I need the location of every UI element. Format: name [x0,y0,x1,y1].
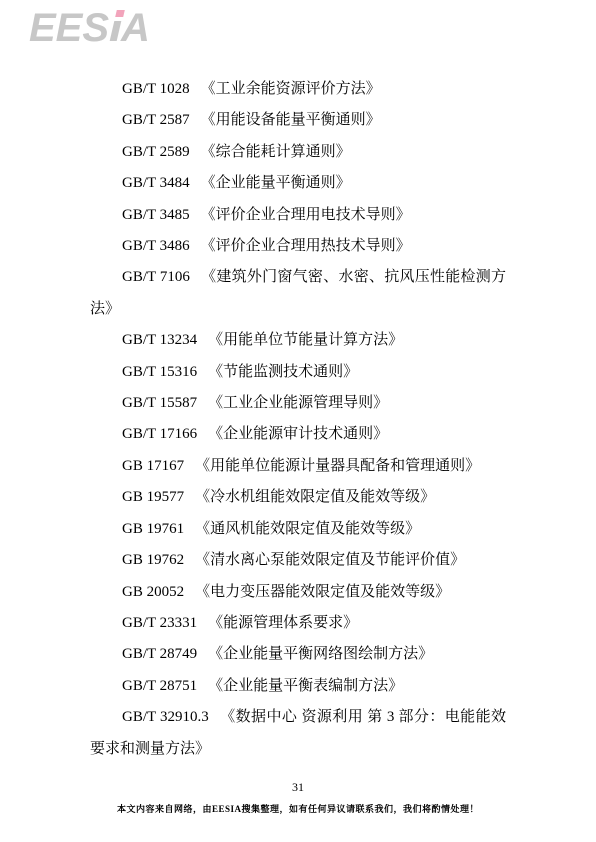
standard-title: 《用能单位能源计量器具配备和管理通则》 [195,458,480,474]
standard-code: GB/T 1028 [122,81,190,97]
footer-disclaimer: 本文内容来自网络，由EESIA搜集整理，如有任何异议请联系我们，我们将酌情处理！ [0,802,596,816]
standard-code: GB 19761 [122,521,184,537]
standard-title: 《通风机能效限定值及能效等级》 [195,521,420,537]
standard-title: 《冷水机组能效限定值及能效等级》 [195,489,435,505]
standard-code: GB 19577 [122,489,184,505]
standard-code: GB 19762 [122,552,184,568]
standard-item: GB/T 7106《建筑外门窗气密、水密、抗风压性能检测方法》 [90,262,506,325]
standard-title: 《用能单位节能量计算方法》 [208,332,403,348]
standard-title: 《工业企业能源管理导则》 [208,395,388,411]
standard-title: 《清水离心泵能效限定值及节能评价值》 [195,552,465,568]
standard-item: GB 19577《冷水机组能效限定值及能效等级》 [90,482,506,513]
standard-code: GB/T 2589 [122,144,190,160]
standard-item: GB/T 32910.3《数据中心 资源利用 第 3 部分：电能能效要求和测量方… [90,702,506,765]
standard-item: GB 19761《通风机能效限定值及能效等级》 [90,514,506,545]
standard-code: GB/T 23331 [122,615,197,631]
standard-item: GB/T 3484《企业能量平衡通则》 [90,168,506,199]
standard-item: GB/T 1028《工业余能资源评价方法》 [90,74,506,105]
standard-code: GB/T 3485 [122,207,190,223]
standard-code: GB/T 3484 [122,175,190,191]
standard-item: GB/T 2589《综合能耗计算通则》 [90,137,506,168]
standard-item: GB/T 15316《节能监测技术通则》 [90,357,506,388]
standard-title: 《能源管理体系要求》 [208,615,358,631]
standard-code: GB/T 3486 [122,238,190,254]
standard-item: GB/T 23331《能源管理体系要求》 [90,608,506,639]
standard-item: GB/T 28749《企业能量平衡网络图绘制方法》 [90,639,506,670]
standard-code: GB/T 15316 [122,364,197,380]
standard-code: GB/T 28749 [122,646,197,662]
standard-code: GB 20052 [122,584,184,600]
logo-i-dot-accent [115,10,125,17]
page-number: 31 [0,779,596,795]
standard-title: 《企业能量平衡网络图绘制方法》 [208,646,433,662]
standard-title: 《企业能量平衡表编制方法》 [208,678,403,694]
standard-item: GB 17167《用能单位能源计量器具配备和管理通则》 [90,451,506,482]
standard-item: GB/T 2587《用能设备能量平衡通则》 [90,105,506,136]
standard-code: GB/T 2587 [122,112,190,128]
standard-code: GB/T 28751 [122,678,197,694]
logo-letter-i [109,11,121,41]
standard-title: 《节能监测技术通则》 [208,364,358,380]
standard-code: GB/T 15587 [122,395,197,411]
standard-title: 《企业能源审计技术通则》 [208,426,388,442]
logo-text-suffix: A [121,6,150,50]
standards-list: GB/T 1028《工业余能资源评价方法》GB/T 2587《用能设备能量平衡通… [90,74,506,765]
standard-code: GB/T 7106 [122,269,190,285]
standard-code: GB/T 17166 [122,426,197,442]
standard-code: GB/T 32910.3 [122,709,209,725]
standard-item: GB/T 28751《企业能量平衡表编制方法》 [90,671,506,702]
standard-title: 《评价企业合理用热技术导则》 [201,238,411,254]
standard-title: 《评价企业合理用电技术导则》 [201,207,411,223]
standard-item: GB 19762《清水离心泵能效限定值及节能评价值》 [90,545,506,576]
standard-item: GB/T 15587《工业企业能源管理导则》 [90,388,506,419]
logo-i-stem [110,21,122,41]
standard-title: 《企业能量平衡通则》 [201,175,351,191]
standard-title: 《综合能耗计算通则》 [201,144,351,160]
eesia-logo: EESA [29,6,150,50]
logo-text-prefix: EES [29,6,109,50]
standard-item: GB/T 3485《评价企业合理用电技术导则》 [90,200,506,231]
standard-item: GB/T 3486《评价企业合理用热技术导则》 [90,231,506,262]
standard-title: 《工业余能资源评价方法》 [201,81,381,97]
standard-item: GB 20052《电力变压器能效限定值及能效等级》 [90,577,506,608]
standard-code: GB 17167 [122,458,184,474]
standard-item: GB/T 17166《企业能源审计技术通则》 [90,419,506,450]
standard-title: 《电力变压器能效限定值及能效等级》 [195,584,450,600]
standard-code: GB/T 13234 [122,332,197,348]
standard-title: 《用能设备能量平衡通则》 [201,112,381,128]
standard-item: GB/T 13234《用能单位节能量计算方法》 [90,325,506,356]
document-page: EESA GB/T 1028《工业余能资源评价方法》GB/T 2587《用能设备… [0,0,596,842]
